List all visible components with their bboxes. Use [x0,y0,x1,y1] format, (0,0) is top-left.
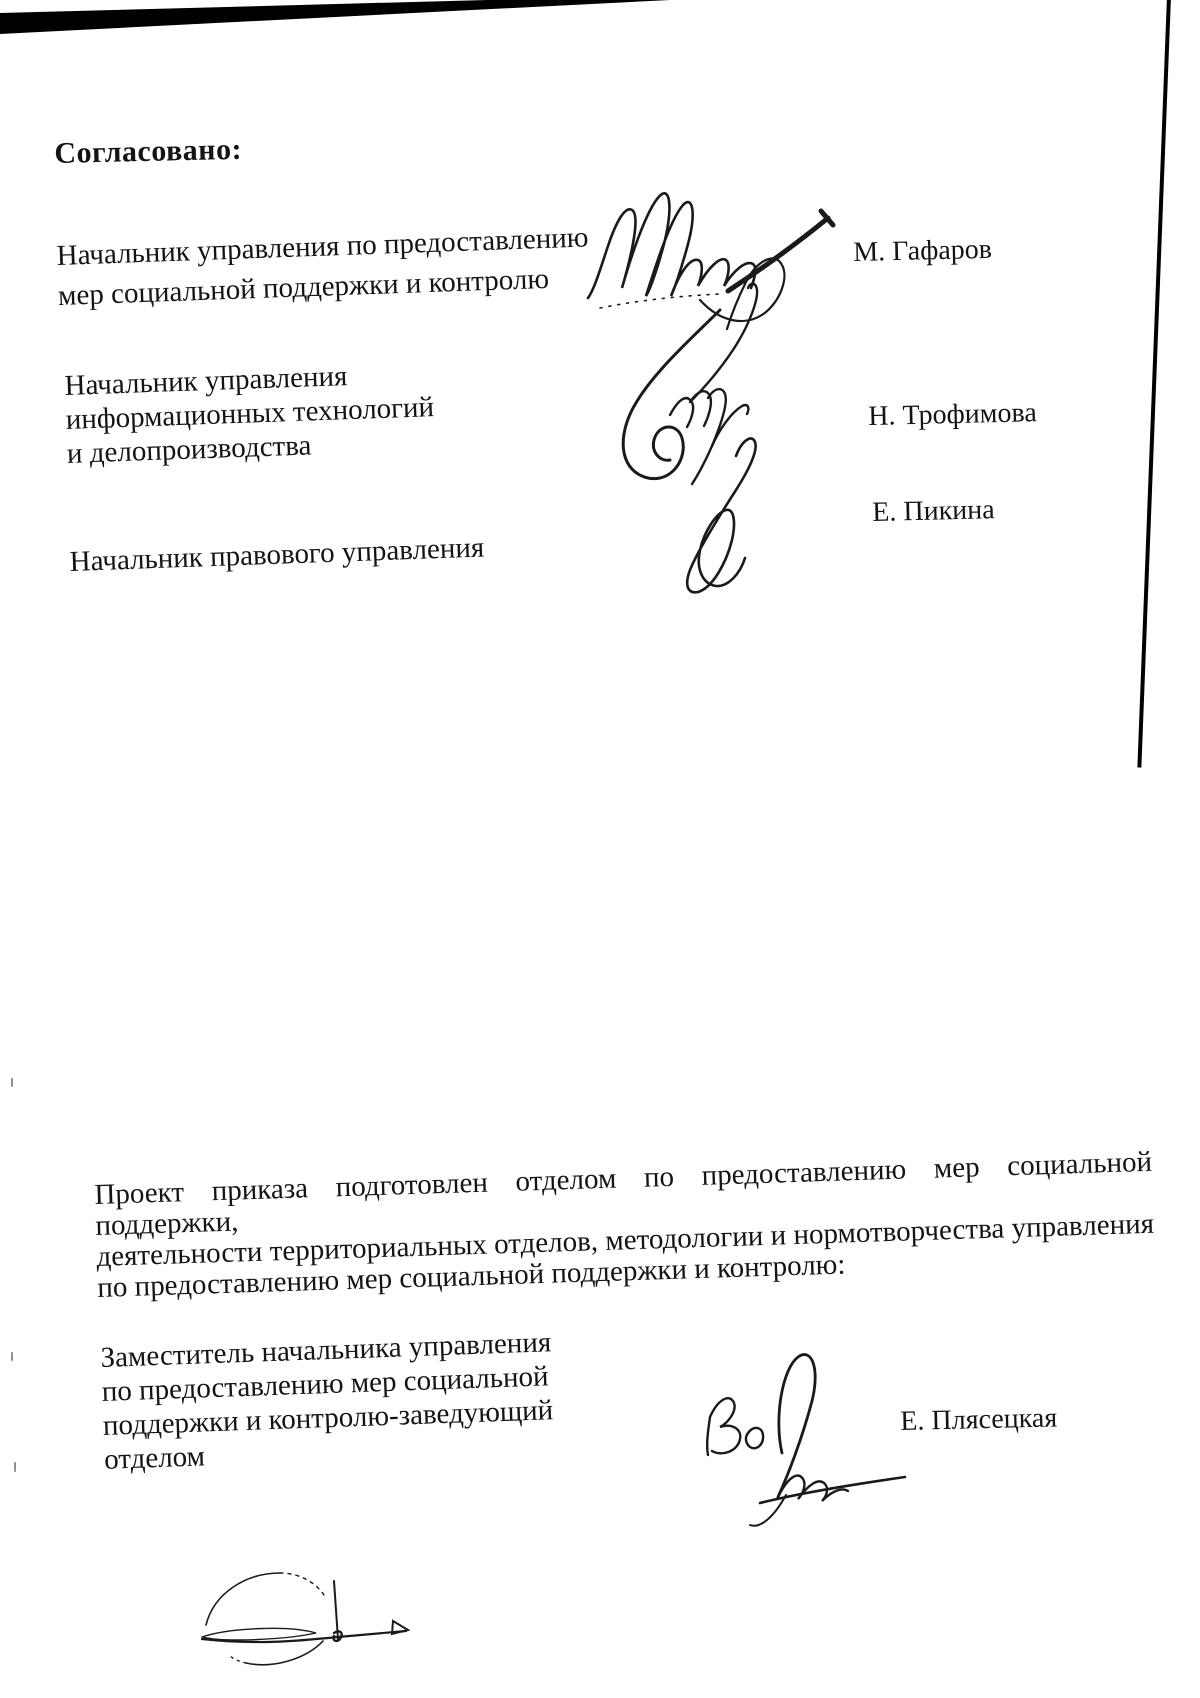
scan-speck [14,1462,16,1472]
scan-artifact-right-edge-line [1137,0,1170,768]
plyasetskaya-signature [690,1335,920,1535]
approval-1-title: Начальник управления по предоставлению м… [56,217,590,316]
scanned-document-page: Согласовано: Начальник управления по пре… [0,0,1200,1698]
preparer-name: Е. Плясецкая [900,1402,1058,1438]
approval-3-name: Е. Пикина [872,494,995,529]
scan-artifact-top-bar [0,0,700,40]
approval-3-title: Начальник правового управления [69,528,485,582]
preparer-title: Заместитель начальника управления по пре… [100,1325,555,1477]
scan-speck [11,1352,13,1361]
prepared-note: Проект приказа подготовлен отделом по пр… [94,1147,1155,1304]
approval-2-name: Н. Трофимова [868,397,1037,433]
approval-1-name: М. Гафаров [853,234,992,269]
approval-2-title: Начальник управления информационных техн… [64,356,436,471]
pen-scribble [188,1563,423,1678]
approved-heading: Согласовано: [54,133,242,171]
pikina-signature [648,428,778,598]
approval-3-title-line: Начальник правового управления [69,528,485,582]
scan-speck [11,1078,13,1087]
